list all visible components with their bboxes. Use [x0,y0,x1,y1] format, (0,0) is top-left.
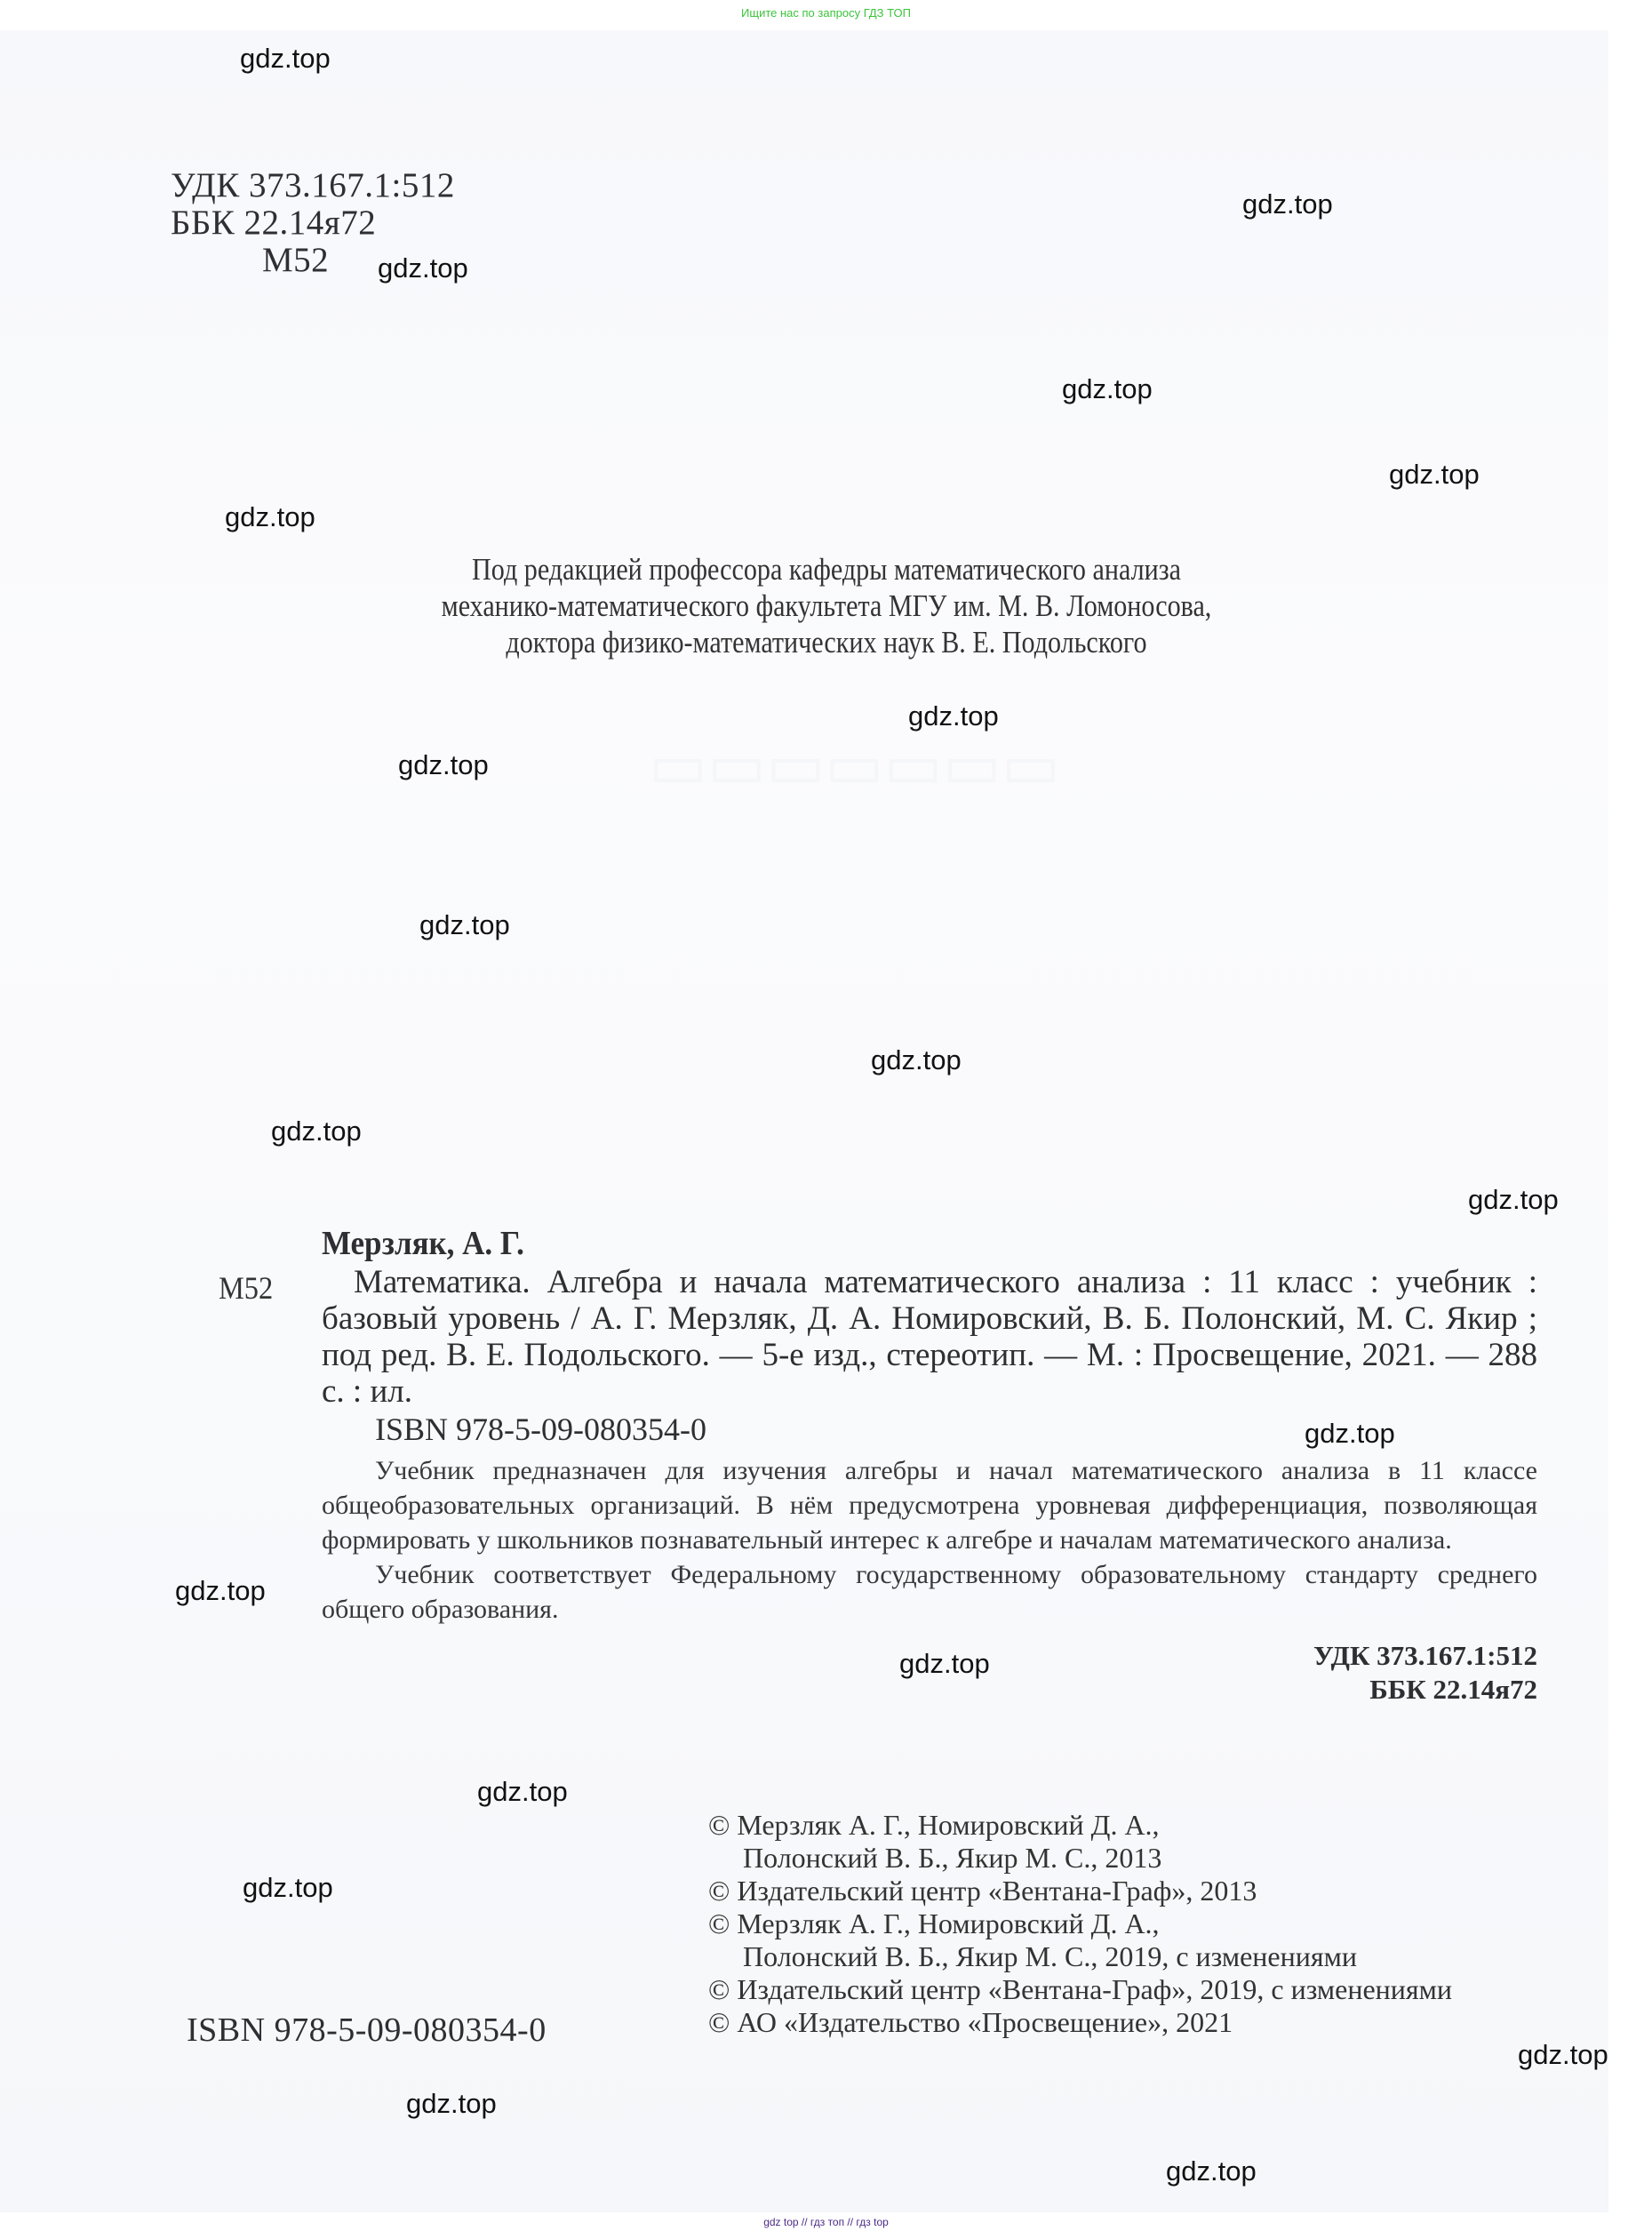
watermark: gdz.top [477,1776,568,1808]
watermark: gdz.top [899,1648,990,1680]
watermark: gdz.top [1518,2039,1608,2071]
bibliographic-description: Математика. Алгебра и начала математичес… [322,1264,1537,1410]
annotation: Учебник предназначен для изучения алгебр… [322,1453,1537,1627]
editor-line: доктора физико-математических наук В. Е.… [315,624,1338,660]
editor-note: Под редакцией профессора кафедры математ… [315,551,1338,660]
editor-line: механико-математического факультета МГУ … [315,588,1338,624]
isbn-bottom: ISBN 978-5-09-080354-0 [187,2011,547,2050]
watermark: gdz.top [1389,459,1480,491]
catalog-author: Мерзляк, А. Г. [322,1225,1441,1262]
bbk-code: ББК 22.14я72 [171,204,455,242]
watermark: gdz.top [406,2088,497,2120]
bottom-banner: gdz top // гдз топ // гдз top [0,2213,1652,2239]
catalog-author-mark: М52 [219,1269,273,1307]
copyright-line: Полонский В. Б., Якир М. С., 2019, с изм… [708,1940,1452,1973]
copyright-line: Полонский В. Б., Якир М. С., 2013 [708,1842,1452,1875]
bottom-banner-text[interactable]: gdz top // гдз топ // гдз top [763,2216,889,2228]
show-through-ghost: ▭▭▭▭▭▭▭ [649,729,1060,802]
annotation-paragraph: Учебник соответствует Федеральному госуд… [322,1557,1537,1627]
copyright-line: © Мерзляк А. Г., Номировский Д. А., [708,1907,1452,1940]
top-banner-text[interactable]: Ищите нас по запросу ГДЗ ТОП [741,6,911,20]
top-banner: Ищите нас по запросу ГДЗ ТОП [0,0,1652,30]
watermark: gdz.top [240,43,331,75]
watermark: gdz.top [1468,1184,1559,1216]
editor-line: Под редакцией профессора кафедры математ… [315,551,1338,588]
annotation-paragraph: Учебник предназначен для изучения алгебр… [322,1453,1537,1557]
watermark: gdz.top [398,749,489,781]
watermark: gdz.top [225,501,315,533]
catalog-card: Мерзляк, А. Г. Математика. Алгебра и нач… [322,1225,1537,1707]
watermark: gdz.top [1062,373,1153,405]
copyright-line: © Мерзляк А. Г., Номировский Д. А., [708,1809,1452,1842]
watermark: gdz.top [1305,1418,1395,1450]
watermark: gdz.top [175,1575,266,1607]
watermark: gdz.top [378,252,468,284]
watermark: gdz.top [271,1116,362,1147]
udk-code: УДК 373.167.1:512 [171,167,455,204]
copyright-line: © АО «Издательство «Просвещение», 2021 [708,2006,1452,2039]
copyright-line: © Издательский центр «Вентана-Граф», 201… [708,1973,1452,2006]
watermark: gdz.top [419,909,510,941]
watermark: gdz.top [243,1872,333,1904]
copyright-line: © Издательский центр «Вентана-Граф», 201… [708,1875,1452,1907]
watermark: gdz.top [1166,2155,1257,2187]
bibliographic-text: Математика. Алгебра и начала математичес… [322,1264,1537,1410]
watermark: gdz.top [1242,188,1333,220]
watermark: gdz.top [908,700,999,732]
copyright-block: © Мерзляк А. Г., Номировский Д. А., Поло… [708,1809,1452,2039]
watermark: gdz.top [871,1044,962,1076]
